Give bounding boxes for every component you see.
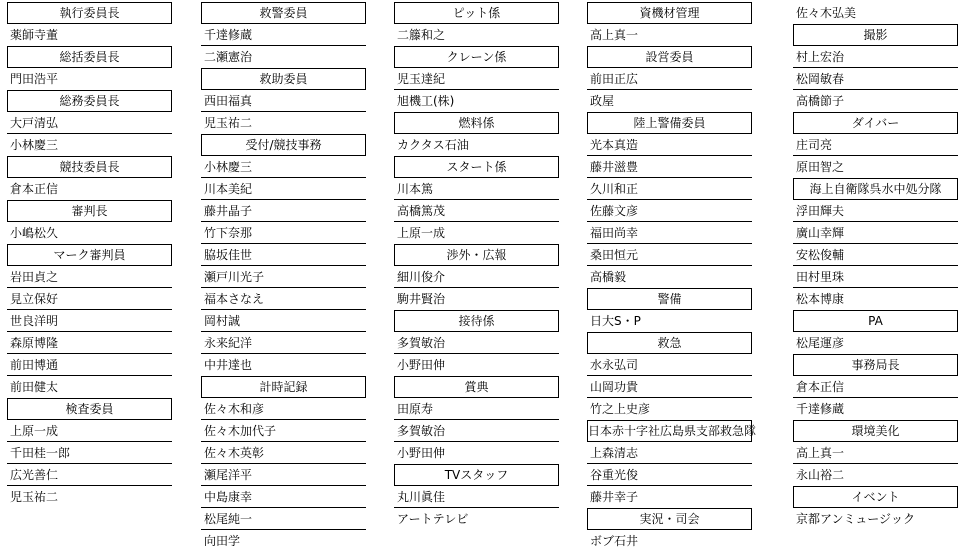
member-row: 光本真造 — [587, 134, 752, 156]
role-title: ピット係 — [453, 6, 501, 20]
member-name: 庄司亮 — [796, 138, 832, 152]
member-name: 二瀬憲治 — [204, 50, 252, 64]
member-row: 広光善仁 — [7, 464, 172, 486]
role-title: 総括委員長 — [59, 50, 119, 64]
member-row: 高橋篤茂 — [394, 200, 559, 222]
member-row: 高橋毅 — [587, 266, 752, 288]
roster-column: ピット係二籐和之クレーン係児玉達紀旭機工(株)燃料係カクタス石油スタート係川本篤… — [394, 2, 559, 530]
member-row: 倉本正信 — [7, 178, 172, 200]
member-row: 原田智之 — [793, 156, 958, 178]
member-row: 藤井滋豊 — [587, 156, 752, 178]
member-name: 細川俊介 — [397, 270, 445, 284]
role-header: 総務委員長 — [7, 90, 172, 112]
member-row: 佐藤文彦 — [587, 200, 752, 222]
role-title: 燃料係 — [458, 116, 494, 130]
member-name: 前田博通 — [10, 358, 58, 372]
member-name: 佐々木英彰 — [204, 446, 264, 460]
member-name: 前田健太 — [10, 380, 58, 394]
member-row: 竹之上史彦 — [587, 398, 752, 420]
member-name: ボブ石井 — [590, 534, 638, 548]
member-row: 丸川眞佳 — [394, 486, 559, 508]
member-row: 瀬戸川光子 — [201, 266, 366, 288]
member-row: 桑田恒元 — [587, 244, 752, 266]
member-row: 旭機工(株) — [394, 90, 559, 112]
member-row: 児玉達紀 — [394, 68, 559, 90]
member-row: 前田正広 — [587, 68, 752, 90]
member-name: 浮田輝夫 — [796, 204, 844, 218]
member-row: 児玉祐二 — [7, 486, 172, 508]
member-name: 松本博康 — [796, 292, 844, 306]
member-row: 脇坂佳世 — [201, 244, 366, 266]
role-header: 総括委員長 — [7, 46, 172, 68]
member-row: 日大S・P — [587, 310, 752, 332]
member-row: 竹下奈那 — [201, 222, 366, 244]
member-name: 上原一成 — [397, 226, 445, 240]
role-title: 資機材管理 — [639, 6, 699, 20]
member-name: 村上宏治 — [796, 50, 844, 64]
role-header: ダイバー — [793, 112, 958, 134]
member-name: 多賀敏治 — [397, 424, 445, 438]
role-title: PA — [868, 314, 883, 328]
member-row: 岡村誠 — [201, 310, 366, 332]
member-row: 細川俊介 — [394, 266, 559, 288]
member-name: 田村里珠 — [796, 270, 844, 284]
member-name: 廣山幸輝 — [796, 226, 844, 240]
member-name: 高上真一 — [590, 28, 638, 42]
role-title: 賞典 — [464, 380, 488, 394]
member-row: 瀬尾洋平 — [201, 464, 366, 486]
member-name: 久川和正 — [590, 182, 638, 196]
member-name: 旭機工(株) — [397, 94, 454, 108]
role-title: マーク審判員 — [53, 248, 125, 262]
member-row: 小野田伸 — [394, 442, 559, 464]
member-row: 高上真一 — [793, 442, 958, 464]
member-row: 永来紀洋 — [201, 332, 366, 354]
role-title: 警備 — [657, 292, 681, 306]
role-title: 検査委員 — [65, 402, 113, 416]
role-header: 警備 — [587, 288, 752, 310]
member-row: 千達修蔵 — [793, 398, 958, 420]
member-row: 岩田貞之 — [7, 266, 172, 288]
member-name: 光本真造 — [590, 138, 638, 152]
member-row: 多賀敏治 — [394, 420, 559, 442]
roster-column: 救警委員千達修蔵二瀬憲治救助委員西田福真児玉祐二受付/競技事務小林慶三川本美紀藤… — [201, 2, 366, 549]
member-name: 小林慶三 — [10, 138, 58, 152]
role-title: イベント — [851, 490, 899, 504]
member-name: 藤井滋豊 — [590, 160, 638, 174]
member-name: 京都アンミュージック — [796, 512, 915, 526]
roster-column: 執行委員長薬師寺董総括委員長門田浩平総務委員長大戸清弘小林慶三競技委員長倉本正信… — [7, 2, 172, 508]
member-name: 藤井晶子 — [204, 204, 252, 218]
member-row: 佐々木加代子 — [201, 420, 366, 442]
role-title: クレーン係 — [447, 50, 507, 64]
member-row: 前田博通 — [7, 354, 172, 376]
member-name: 千達修蔵 — [796, 402, 844, 416]
member-row: 安松俊輔 — [793, 244, 958, 266]
member-name: 佐々木和彦 — [204, 402, 264, 416]
role-header: PA — [793, 310, 958, 332]
role-title: 陸上警備委員 — [633, 116, 705, 130]
member-row: 田原寿 — [394, 398, 559, 420]
role-header: ピット係 — [394, 2, 559, 24]
role-header: 審判長 — [7, 200, 172, 222]
member-row: 小林慶三 — [7, 134, 172, 156]
member-name: 谷重光俊 — [590, 468, 638, 482]
member-row: 藤井晶子 — [201, 200, 366, 222]
member-name: 永来紀洋 — [204, 336, 252, 350]
member-name: 岡村誠 — [204, 314, 240, 328]
role-header: 検査委員 — [7, 398, 172, 420]
member-row: 藤井幸子 — [587, 486, 752, 508]
role-header: 渉外・広報 — [394, 244, 559, 266]
member-row: 松尾純一 — [201, 508, 366, 530]
role-header: 競技委員長 — [7, 156, 172, 178]
member-row: 大戸清弘 — [7, 112, 172, 134]
member-name: 上原一成 — [10, 424, 58, 438]
member-name: 児玉祐二 — [10, 490, 58, 504]
member-row: 児玉祐二 — [201, 112, 366, 134]
member-row: 小林慶三 — [201, 156, 366, 178]
member-name: 日大S・P — [590, 314, 641, 328]
member-name: 二籐和之 — [397, 28, 445, 42]
member-row: ボブ石井 — [587, 530, 752, 549]
role-title: 計時記録 — [259, 380, 307, 394]
member-name: 福本さなえ — [204, 292, 264, 306]
member-name: 佐々木加代子 — [204, 424, 276, 438]
member-row: 佐々木弘美 — [793, 2, 958, 24]
role-header: イベント — [793, 486, 958, 508]
member-name: 松岡敏春 — [796, 72, 844, 86]
member-row: 世良洋明 — [7, 310, 172, 332]
member-name: 永山裕二 — [796, 468, 844, 482]
member-row: 浮田輝夫 — [793, 200, 958, 222]
member-name: 上森清志 — [590, 446, 638, 460]
member-row: 田村里珠 — [793, 266, 958, 288]
role-header: 賞典 — [394, 376, 559, 398]
role-header: TVスタッフ — [394, 464, 559, 486]
role-title: 救助委員 — [259, 72, 307, 86]
member-name: 高橋節子 — [796, 94, 844, 108]
member-row: 森原博隆 — [7, 332, 172, 354]
member-name: 小嶋松久 — [10, 226, 58, 240]
member-row: 二瀬憲治 — [201, 46, 366, 68]
member-row: 見立保好 — [7, 288, 172, 310]
role-title: 総務委員長 — [59, 94, 119, 108]
roster-column: 資機材管理高上真一設営委員前田正広政屋陸上警備委員光本真造藤井滋豊久川和正佐藤文… — [587, 2, 752, 549]
member-name: 千達修蔵 — [204, 28, 252, 42]
member-row: 松岡敏春 — [793, 68, 958, 90]
member-row: 京都アンミュージック — [793, 508, 958, 530]
member-name: 倉本正信 — [796, 380, 844, 394]
member-name: 安松俊輔 — [796, 248, 844, 262]
member-name: 向田学 — [204, 534, 240, 548]
role-header: マーク審判員 — [7, 244, 172, 266]
role-header: 事務局長 — [793, 354, 958, 376]
member-row: 山岡功貴 — [587, 376, 752, 398]
member-row: 村上宏治 — [793, 46, 958, 68]
member-row: 廣山幸輝 — [793, 222, 958, 244]
role-header: 計時記録 — [201, 376, 366, 398]
role-title: 競技委員長 — [59, 160, 119, 174]
role-title: 日本赤十字社広島県支部救急隊 — [588, 424, 756, 438]
role-header: 設営委員 — [587, 46, 752, 68]
role-title: 撮影 — [863, 28, 887, 42]
member-row: 小野田伸 — [394, 354, 559, 376]
member-name: 藤井幸子 — [590, 490, 638, 504]
member-row: 松尾運彦 — [793, 332, 958, 354]
role-title: 設営委員 — [645, 50, 693, 64]
member-name: 中島康幸 — [204, 490, 252, 504]
member-name: 松尾純一 — [204, 512, 252, 526]
member-row: 多賀敏治 — [394, 332, 559, 354]
member-name: 山岡功貴 — [590, 380, 638, 394]
member-name: 倉本正信 — [10, 182, 58, 196]
member-row: 薬師寺董 — [7, 24, 172, 46]
member-row: 久川和正 — [587, 178, 752, 200]
role-title: スタート係 — [446, 160, 506, 174]
member-name: 門田浩平 — [10, 72, 58, 86]
member-name: 小林慶三 — [204, 160, 252, 174]
member-name: 広光善仁 — [10, 468, 58, 482]
roster-column: 佐々木弘美撮影村上宏治松岡敏春高橋節子ダイバー庄司亮原田智之海上自衛隊呉水中処分… — [793, 2, 958, 530]
member-name: アートテレビ — [397, 512, 468, 526]
member-row: 川本美紀 — [201, 178, 366, 200]
role-header: 執行委員長 — [7, 2, 172, 24]
member-name: 川本篤 — [397, 182, 433, 196]
member-row: 千達修蔵 — [201, 24, 366, 46]
role-title: 審判長 — [71, 204, 107, 218]
member-name: 駒井賢治 — [397, 292, 445, 306]
member-name: 高橋篤茂 — [397, 204, 445, 218]
role-header: クレーン係 — [394, 46, 559, 68]
member-row: 上森清志 — [587, 442, 752, 464]
member-row: 福田尚幸 — [587, 222, 752, 244]
member-name: 岩田貞之 — [10, 270, 58, 284]
member-name: 瀬尾洋平 — [204, 468, 252, 482]
role-title: 執行委員長 — [59, 6, 119, 20]
member-name: 竹之上史彦 — [590, 402, 650, 416]
role-header: 接待係 — [394, 310, 559, 332]
role-header: 救警委員 — [201, 2, 366, 24]
member-row: 小嶋松久 — [7, 222, 172, 244]
member-name: 多賀敏治 — [397, 336, 445, 350]
member-name: 佐藤文彦 — [590, 204, 638, 218]
member-row: 福本さなえ — [201, 288, 366, 310]
member-row: 佐々木英彰 — [201, 442, 366, 464]
member-row: 千田桂一郎 — [7, 442, 172, 464]
member-row: 水永弘司 — [587, 354, 752, 376]
member-name: 田原寿 — [397, 402, 433, 416]
role-header: 救助委員 — [201, 68, 366, 90]
member-name: 高上真一 — [796, 446, 844, 460]
member-name: 川本美紀 — [204, 182, 252, 196]
member-name: 小野田伸 — [397, 446, 445, 460]
role-title: 環境美化 — [851, 424, 899, 438]
member-name: 原田智之 — [796, 160, 844, 174]
role-header: 環境美化 — [793, 420, 958, 442]
member-name: 福田尚幸 — [590, 226, 638, 240]
member-row: 永山裕二 — [793, 464, 958, 486]
member-row: 中井達也 — [201, 354, 366, 376]
member-row: 倉本正信 — [793, 376, 958, 398]
role-title: 事務局長 — [851, 358, 899, 372]
member-row: 上原一成 — [394, 222, 559, 244]
member-name: 薬師寺董 — [10, 28, 58, 42]
member-name: 松尾運彦 — [796, 336, 844, 350]
member-name: 瀬戸川光子 — [204, 270, 264, 284]
role-title: 渉外・広報 — [446, 248, 506, 262]
member-name: 佐々木弘美 — [796, 6, 856, 20]
member-row: 高上真一 — [587, 24, 752, 46]
member-name: 千田桂一郎 — [10, 446, 70, 460]
member-row: アートテレビ — [394, 508, 559, 530]
role-header: 資機材管理 — [587, 2, 752, 24]
member-name: 政屋 — [590, 94, 614, 108]
role-title: 救警委員 — [259, 6, 307, 20]
member-name: 前田正広 — [590, 72, 638, 86]
member-name: 桑田恒元 — [590, 248, 638, 262]
role-header: 救急 — [587, 332, 752, 354]
member-row: カクタス石油 — [394, 134, 559, 156]
member-name: 丸川眞佳 — [397, 490, 445, 504]
member-row: 二籐和之 — [394, 24, 559, 46]
member-row: 向田学 — [201, 530, 366, 549]
member-row: 門田浩平 — [7, 68, 172, 90]
member-row: 佐々木和彦 — [201, 398, 366, 420]
role-title: 救急 — [657, 336, 681, 350]
role-header: 実況・司会 — [587, 508, 752, 530]
member-name: 脇坂佳世 — [204, 248, 252, 262]
member-name: 小野田伸 — [397, 358, 445, 372]
member-name: 中井達也 — [204, 358, 252, 372]
role-header: 海上自衛隊呉水中処分隊 — [793, 178, 958, 200]
member-name: カクタス石油 — [397, 138, 469, 152]
role-header: 陸上警備委員 — [587, 112, 752, 134]
member-row: 駒井賢治 — [394, 288, 559, 310]
role-title: 接待係 — [458, 314, 494, 328]
member-name: 西田福真 — [204, 94, 252, 108]
member-name: 児玉祐二 — [204, 116, 252, 130]
member-row: 政屋 — [587, 90, 752, 112]
member-name: 高橋毅 — [590, 270, 626, 284]
role-header: 受付/競技事務 — [201, 134, 366, 156]
member-name: 森原博隆 — [10, 336, 58, 350]
role-title: 海上自衛隊呉水中処分隊 — [809, 182, 941, 196]
member-row: 前田健太 — [7, 376, 172, 398]
member-name: 見立保好 — [10, 292, 58, 306]
member-name: 世良洋明 — [10, 314, 58, 328]
role-title: 受付/競技事務 — [245, 138, 321, 152]
role-title: TVスタッフ — [445, 468, 509, 482]
role-header: 日本赤十字社広島県支部救急隊 — [587, 420, 752, 442]
member-row: 谷重光俊 — [587, 464, 752, 486]
member-row: 庄司亮 — [793, 134, 958, 156]
member-row: 松本博康 — [793, 288, 958, 310]
role-header: 燃料係 — [394, 112, 559, 134]
member-row: 川本篤 — [394, 178, 559, 200]
role-header: 撮影 — [793, 24, 958, 46]
member-name: 竹下奈那 — [204, 226, 252, 240]
member-name: 児玉達紀 — [397, 72, 445, 86]
role-title: ダイバー — [852, 116, 900, 130]
member-row: 高橋節子 — [793, 90, 958, 112]
member-name: 水永弘司 — [590, 358, 638, 372]
member-row: 中島康幸 — [201, 486, 366, 508]
member-row: 上原一成 — [7, 420, 172, 442]
role-header: スタート係 — [394, 156, 559, 178]
role-title: 実況・司会 — [639, 512, 699, 526]
member-name: 大戸清弘 — [10, 116, 58, 130]
member-row: 西田福真 — [201, 90, 366, 112]
